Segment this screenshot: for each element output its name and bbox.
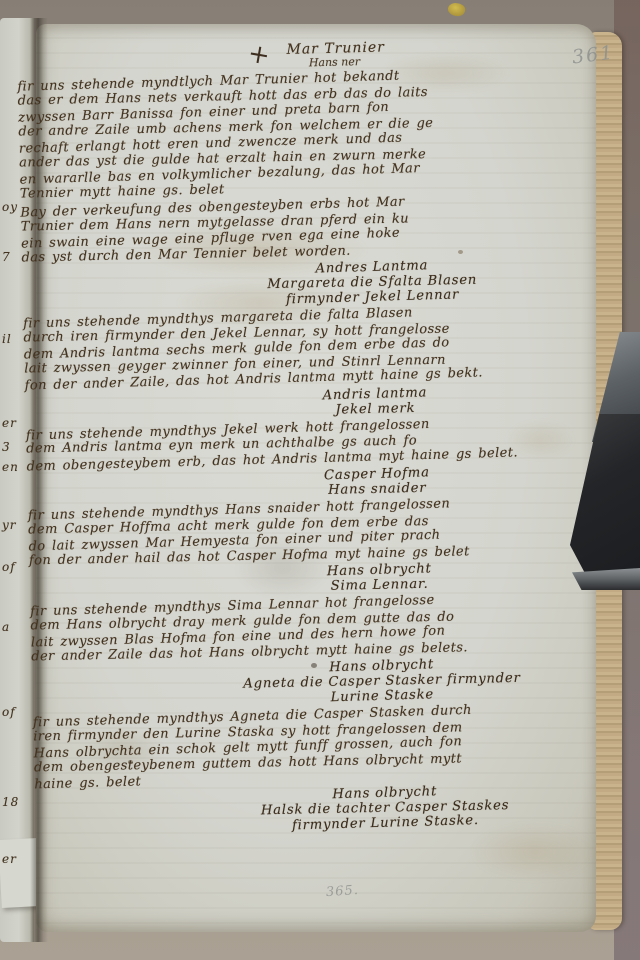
name-block: Hans olbrychtHalsk die tachter Casper St… [220,781,551,834]
left-page-word-fragment: er [2,852,17,866]
folio-number-pencil-bottom: 365. [326,883,360,900]
left-page-word-fragment: 7 [2,250,11,264]
manuscript-photo: oy7iler3enyrofaof18er + 361 365. Mar Tru… [0,0,640,960]
left-page-word-fragment: 18 [2,795,19,809]
entry-paragraph: fir uns stehende myndthys Hans snaider h… [28,495,551,570]
left-page-word-fragment: of [2,560,16,574]
left-page-word-fragment: il [2,332,12,346]
left-page-word-fragment: oy [2,200,18,214]
left-page-word-fragment: a [2,620,10,634]
dark-bookmark-object [570,332,640,598]
dark-object-cover [570,414,640,582]
entry-paragraph: fir uns stehende myndthys Sima Lennar ho… [30,591,553,666]
dark-object-page-edges [572,568,640,590]
left-page-word-fragment: of [2,705,16,719]
left-page-word-fragment: en [2,460,19,474]
entry-paragraph: fir uns stehende myndtlych Mar Trunier h… [17,66,542,203]
left-page-word-fragment: er [2,416,17,430]
name-block: Andres LantmaMargareta die Sfalta Blasen… [207,256,538,309]
name-block: Hans olbrychtAgneta die Casper Stasker f… [216,655,547,708]
manuscript-flow: Mar Trunier Hans ner fir uns stehende my… [16,36,557,839]
left-page-word-fragment: yr [2,518,17,532]
left-page-word-fragment: 3 [2,440,11,454]
entry-paragraph: fir uns stehende myndthys margareta die … [23,303,547,393]
entry-paragraph: fir uns stehende myndthys Agneta die Cas… [33,702,557,792]
table-debris-speck [446,0,466,18]
entry-paragraph: Bay der verkeufung des obengesteyben erb… [20,192,543,267]
